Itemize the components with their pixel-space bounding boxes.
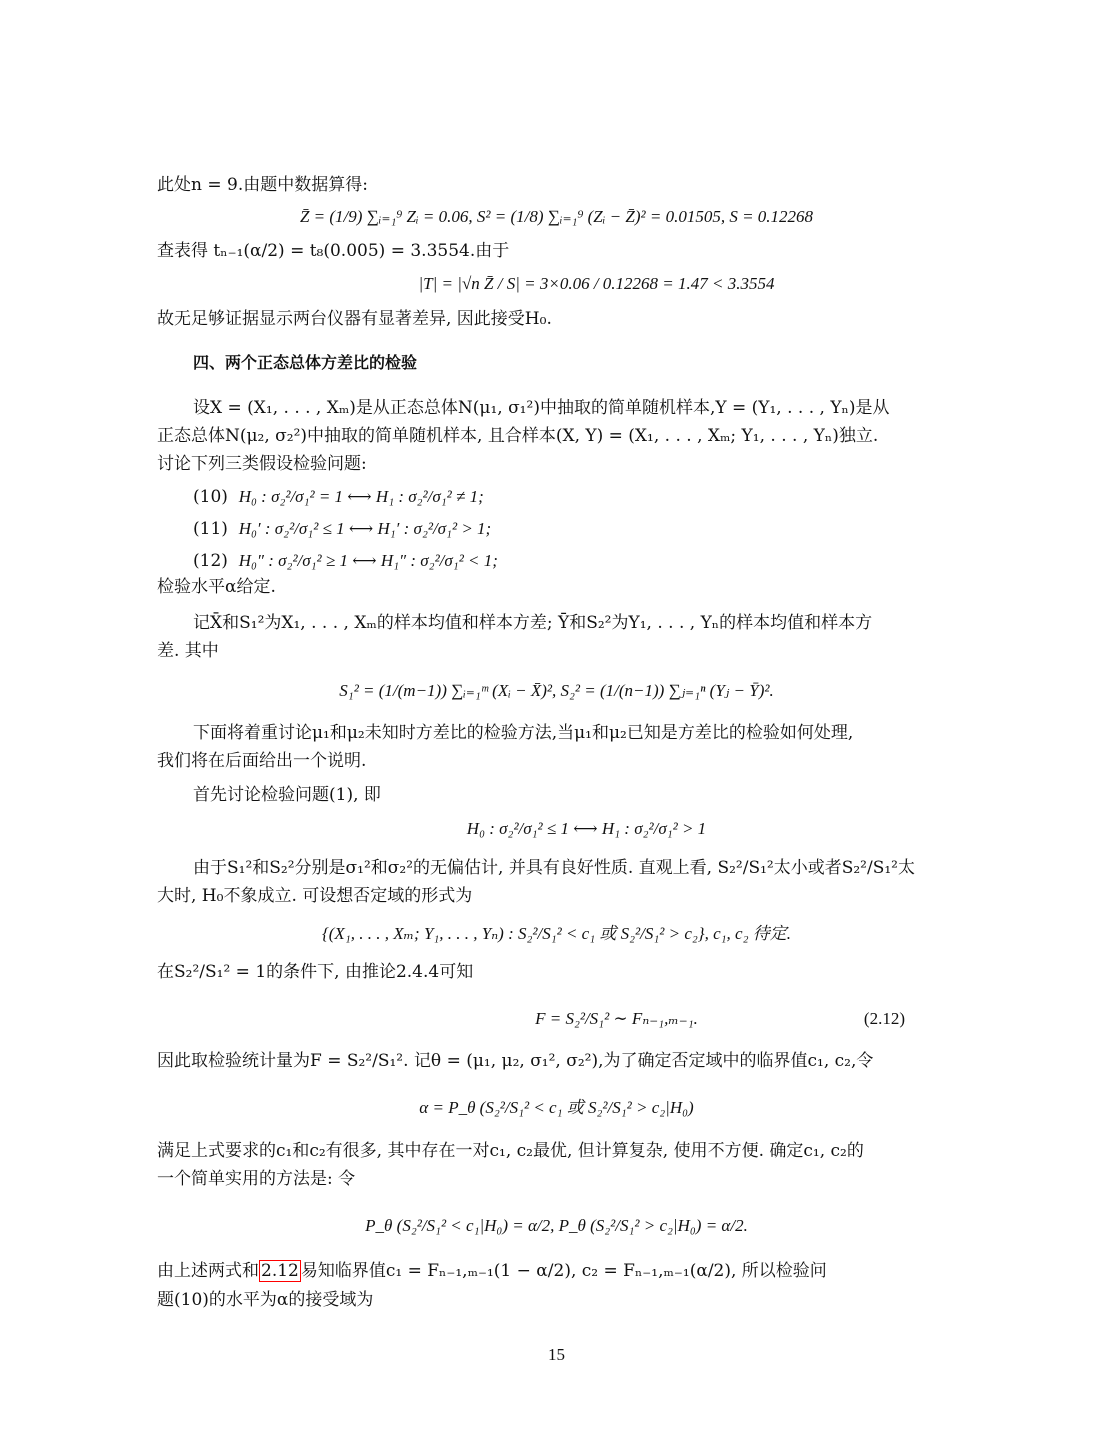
paragraph-line: 正态总体N(μ₂, σ₂²)中抽取的简单随机样本, 且合样本(X, Y) = (… [157, 425, 878, 447]
paragraph-line: 差. 其中 [157, 640, 219, 662]
paragraph-line: 首先讨论检验问题(1), 即 [193, 784, 381, 806]
text-line: 检验水平α给定. [157, 576, 276, 598]
hypothesis-text: H₀″ : σ₂²/σ₁² ≥ 1 ⟷ H₁″ : σ₂²/σ₁² < 1; [239, 551, 498, 570]
paragraph-line: 我们将在后面给出一个说明. [157, 750, 366, 772]
paragraph-line: 由于S₁²和S₂²分别是σ₁²和σ₂²的无偏估计, 并具有良好性质. 直观上看,… [193, 857, 915, 879]
section-heading: 四、两个正态总体方差比的检验 [193, 352, 417, 374]
text-line: 查表得 tₙ₋₁(α/2) = t₈(0.005) = 3.3554.由于 [157, 240, 509, 262]
text-line: 此处n = 9.由题中数据算得: [157, 174, 368, 196]
paragraph-line: 由上述两式和2.12易知临界值c₁ = Fₙ₋₁,ₘ₋₁(1 − α/2), c… [157, 1260, 827, 1282]
paragraph-line: 讨论下列三类假设检验问题: [157, 453, 367, 475]
paragraph-line: 因此取检验统计量为F = S₂²/S₁². 记θ = (μ₁, μ₂, σ₁²,… [157, 1050, 873, 1072]
paragraph-line: 在S₂²/S₁² = 1的条件下, 由推论2.4.4可知 [157, 961, 473, 983]
page-number: 15 [0, 1345, 1113, 1365]
text-line: 故无足够证据显示两台仪器有显著差异, 因此接受H₀. [157, 308, 552, 330]
hypothesis-text: H₀ : σ₂²/σ₁² = 1 ⟷ H₁ : σ₂²/σ₁² ≠ 1; [239, 487, 484, 506]
equation-t-statistic: |T| = |√n Z̄ / S| = 3×0.06 / 0.12268 = 1… [0, 273, 1113, 295]
paragraph-line: 设X = (X₁, . . . , Xₘ)是从正态总体N(μ₁, σ₁²)中抽取… [193, 397, 890, 419]
paragraph-line: 一个简单实用的方法是: 令 [157, 1168, 355, 1190]
equation-reference-link[interactable]: 2.12 [259, 1260, 301, 1282]
paragraph-line: 下面将着重讨论μ₁和μ₂未知时方差比的检验方法,当μ₁和μ₂已知是方差比的检验如… [193, 722, 853, 744]
paragraph-line: 记X̄和S₁²为X₁, . . . , Xₘ的样本均值和样本方差; Ȳ和S₂²为… [193, 612, 872, 634]
text-prefix: 由上述两式和 [157, 1261, 259, 1281]
equation-rejection-region: {(X₁, . . . , Xₘ; Y₁, . . . , Yₙ) : S₂²/… [0, 923, 1113, 945]
equation-number: (2.12) [864, 1008, 905, 1030]
hypothesis-label: (12) [193, 551, 228, 571]
hypothesis-label: (11) [193, 519, 228, 539]
equation-alpha: α = P_θ (S₂²/S₁² < c₁ 或 S₂²/S₁² > c₂|H₀) [0, 1097, 1113, 1119]
hypothesis-label: (10) [193, 487, 228, 507]
paragraph-line: 满足上式要求的c₁和c₂有很多, 其中存在一对c₁, c₂最优, 但计算复杂, … [157, 1140, 864, 1162]
hypothesis-item: (11) H₀′ : σ₂²/σ₁² ≤ 1 ⟷ H₁′ : σ₂²/σ₁² >… [193, 518, 491, 540]
equation-sample-variances: S₁² = (1/(m−1)) ∑ᵢ₌₁ᵐ (Xᵢ − X̄)², S₂² = … [0, 680, 1113, 702]
hypothesis-item: (10) H₀ : σ₂²/σ₁² = 1 ⟷ H₁ : σ₂²/σ₁² ≠ 1… [193, 486, 484, 508]
equation-critical-conditions: P_θ (S₂²/S₁² < c₁|H₀) = α/2, P_θ (S₂²/S₁… [0, 1215, 1113, 1237]
hypothesis-item: (12) H₀″ : σ₂²/σ₁² ≥ 1 ⟷ H₁″ : σ₂²/σ₁² <… [193, 550, 498, 572]
paragraph-line: 题(10)的水平为α的接受域为 [157, 1289, 373, 1311]
equation-f-distribution: F = S₂²/S₁² ∼ Fₙ₋₁,ₘ₋₁. [0, 1008, 1113, 1030]
equation-sample-stats: Z̄ = (1/9) ∑ᵢ₌₁⁹ Zᵢ = 0.06, S² = (1/8) ∑… [0, 206, 1113, 228]
paragraph-line: 大时, H₀不象成立. 可设想否定域的形式为 [157, 885, 472, 907]
hypothesis-text: H₀′ : σ₂²/σ₁² ≤ 1 ⟷ H₁′ : σ₂²/σ₁² > 1; [239, 519, 491, 538]
equation-hypothesis: H₀ : σ₂²/σ₁² ≤ 1 ⟷ H₁ : σ₂²/σ₁² > 1 [0, 818, 1113, 840]
text-suffix: 易知临界值c₁ = Fₙ₋₁,ₘ₋₁(1 − α/2), c₂ = Fₙ₋₁,ₘ… [301, 1261, 827, 1281]
